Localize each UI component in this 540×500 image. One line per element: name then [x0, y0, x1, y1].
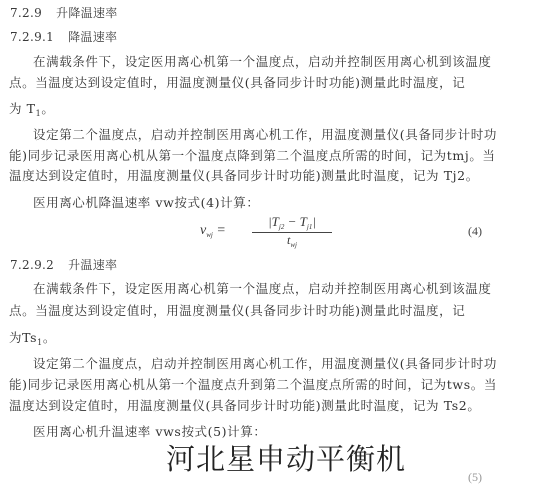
symbol: |T	[268, 214, 279, 229]
heating-paragraph-2-line-3: 温度达到设定值时，用温度测量仪(具备同步计时功能)测量此时温度，记为 Ts2。	[9, 396, 480, 414]
section-number: 7.2.9.1	[10, 30, 54, 44]
symbol: − T	[284, 214, 307, 229]
heating-paragraph-1-line-2: 点。当温度达到设定值时，用温度测量仪(具备同步计时功能)测量此时温度，记	[9, 301, 465, 319]
heating-paragraph-2-line-1: 设定第二个温度点，启动并控制医用离心机工作，用温度测量仪(具备同步计时功	[33, 354, 497, 372]
section-title: 升降温速率	[56, 6, 118, 20]
section-title: 降温速率	[68, 30, 117, 44]
text: 。	[43, 330, 56, 345]
cooling-paragraph-1-line-3: 为 T1。	[9, 99, 54, 118]
formula-fraction: |Tj2 − Tj1| twj	[252, 214, 332, 249]
heating-paragraph-1-line-1: 在满载条件下，设定医用离心机第一个温度点，启动并控制医用离心机到该温度	[33, 279, 492, 297]
equation-number-5: (5)	[468, 470, 482, 485]
cooling-rate-formula-intro: 医用离心机降温速率 vw按式(4)计算：	[33, 193, 259, 211]
section-number: 7.2.9	[10, 6, 42, 20]
subscript: wj	[206, 231, 213, 239]
heating-paragraph-1-line-3: 为Ts1。	[9, 328, 56, 347]
text: 。	[41, 101, 54, 116]
cooling-paragraph-1-line-1: 在满载条件下，设定医用离心机第一个温度点，启动并控制医用离心机到该温度	[33, 52, 492, 70]
cooling-paragraph-2-line-1: 设定第二个温度点，启动并控制医用离心机工作，用温度测量仪(具备同步计时功	[33, 125, 497, 143]
document-page: 7.2.9升降温速率 7.2.9.1降温速率 在满载条件下，设定医用离心机第一个…	[0, 0, 540, 500]
cooling-paragraph-2-line-2: 能)同步记录医用离心机从第一个温度点降到第二个温度点所需的时间，记为tmj。当	[9, 146, 496, 164]
heating-paragraph-2-line-2: 能)同步记录医用离心机从第一个温度点升到第二个温度点所需的时间，记为tws。当	[9, 375, 497, 393]
formula-numerator: |Tj2 − Tj1|	[252, 214, 332, 233]
section-number: 7.2.9.2	[10, 258, 54, 272]
formula-denominator: twj	[252, 233, 332, 249]
section-heading-7-2-9-1: 7.2.9.1降温速率	[10, 28, 117, 45]
equation-number-4: (4)	[468, 224, 482, 239]
text: 为Ts	[9, 330, 37, 345]
cooling-paragraph-1-line-2: 点。当温度达到设定值时，用温度测量仪(具备同步计时功能)测量此时温度，记	[9, 73, 465, 91]
cooling-paragraph-2-line-3: 温度达到设定值时，用温度测量仪(具备同步计时功能)测量此时温度，记为 Tj2。	[9, 166, 479, 184]
subscript: wj	[290, 241, 297, 249]
symbol: |	[312, 214, 316, 229]
section-heading-7-2-9: 7.2.9升降温速率	[10, 4, 118, 21]
text: 为 T	[9, 101, 36, 116]
section-heading-7-2-9-2: 7.2.9.2升温速率	[10, 256, 117, 273]
cooling-rate-formula: vwj = |Tj2 − Tj1| twj	[200, 214, 340, 250]
section-title: 升温速率	[68, 258, 117, 272]
formula-lhs: vwj =	[200, 223, 226, 239]
watermark-text: 河北星申动平衡机	[166, 437, 406, 478]
